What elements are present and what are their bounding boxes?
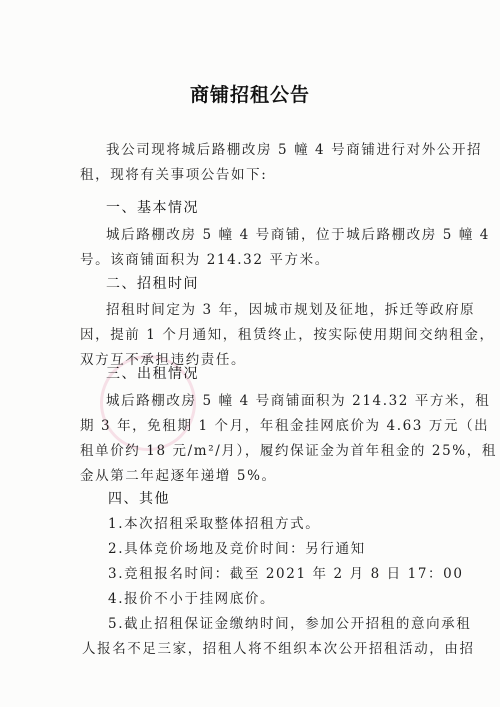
section-heading-lease: 三、出租情况 — [106, 363, 199, 383]
section-time-line-2: 因，提前 1 个月通知，租赁终止，按实际使用期间交纳租金， — [80, 323, 495, 343]
section-lease-line-3: 租单价约 18 元/m²/月），履约保证金为首年租金的 25%，租 — [80, 439, 497, 459]
document-title: 商铺招租公告 — [0, 80, 500, 107]
intro-line-2: 租，现将有关事项公告如下: — [80, 163, 267, 183]
section-basic-line-1: 城后路棚改房 5 幢 4 号商铺，位于城后路棚改房 5 幢 4 — [106, 223, 490, 243]
document-page: 商铺招租公告 我公司现将城后路棚改房 5 幢 4 号商铺进行对外公开招 租，现将… — [0, 0, 500, 707]
section-lease-line-2: 期 3 年，免租期 1 个月，年租金挂网底价为 4.63 万元（出 — [80, 414, 489, 434]
section-other-line-1: 1.本次招租采取整体招租方式。 — [108, 512, 320, 532]
section-other-line-5: 5.截止招租保证金缴纳时间，参加公开招租的意向承租 — [108, 612, 471, 632]
section-basic-line-2: 号。该商铺面积为 214.32 平方米。 — [80, 248, 330, 268]
intro-line-1: 我公司现将城后路棚改房 5 幢 4 号商铺进行对外公开招 — [106, 138, 482, 158]
section-other-line-2: 2.具体竞价场地及竞价时间：另行通知 — [108, 537, 366, 557]
section-time-line-1: 招租时间定为 3 年，因城市规划及征地，拆迁等政府原 — [106, 298, 475, 318]
section-heading-time: 二、招租时间 — [106, 273, 199, 293]
section-other-line-4: 4.报价不小于挂网底价。 — [108, 587, 275, 607]
section-lease-line-1: 城后路棚改房 5 幢 4 号商铺面积为 214.32 平方米，租 — [106, 389, 490, 409]
section-other-line-3: 3.竞租报名时间：截至 2021 年 2 月 8 日 17：00 — [108, 562, 464, 582]
section-lease-line-4: 金从第二年起逐年递增 5%。 — [80, 464, 277, 484]
section-heading-basic: 一、基本情况 — [106, 197, 199, 217]
section-other-line-6: 人报名不足三家，招租人将不组织本次公开招租活动，由招 — [82, 637, 475, 657]
section-heading-other: 四、其他 — [108, 488, 170, 508]
